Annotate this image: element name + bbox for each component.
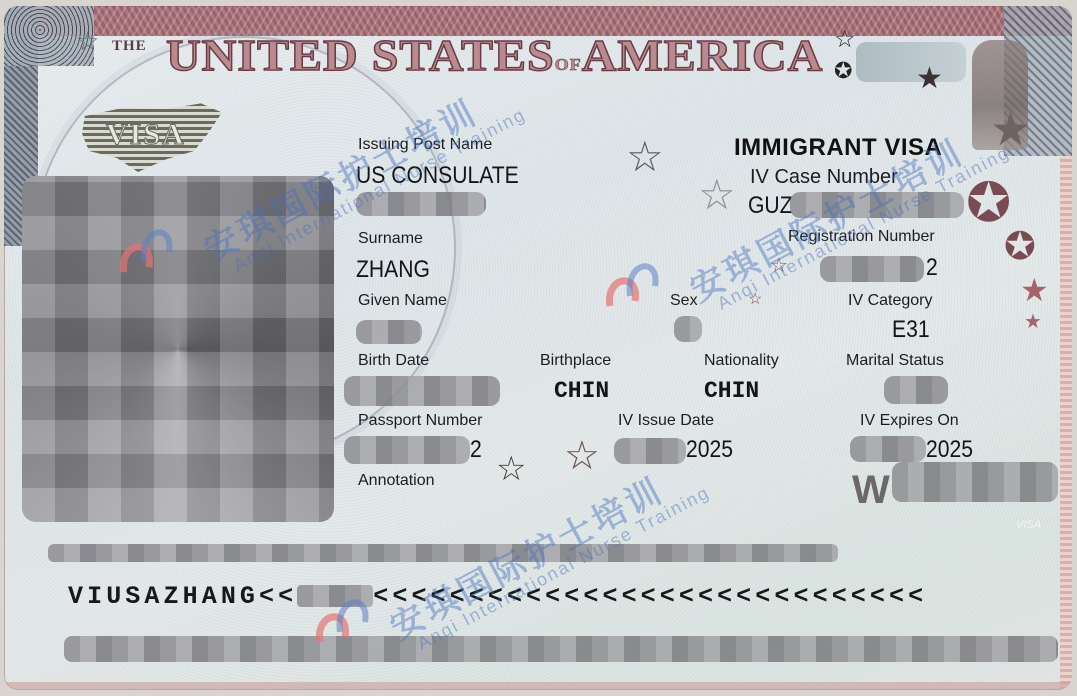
registration-number-suffix: 2 [926,254,938,282]
header-the: THE [112,38,147,55]
given-name-label: Given Name [358,292,447,310]
map-visa-label: VISA [106,118,186,152]
star-icon: ✪ [966,176,1011,230]
seal-redacted [892,462,1058,502]
star-icon: ☆ [76,28,99,54]
header-of: OF [555,55,582,73]
iv-issue-date-year: 2025 [686,436,733,464]
marital-status-label: Marital Status [846,352,944,370]
bottom-edge-border [4,682,1072,690]
visa-card: THE UNITED STATESOFAMERICA VISA ☆ ☆ ☆ ✪ … [4,6,1072,690]
iv-expires-on-year: 2025 [926,436,973,464]
header-country-b: AMERICA [582,31,824,80]
birth-date-redacted [344,376,500,406]
star-outline-icon: ☆ [626,136,664,178]
surname-value: ZHANG [356,256,430,284]
registration-number-redacted [820,256,924,282]
passport-number-label: Passport Number [358,412,483,430]
star-outline-icon: ✪ [834,60,852,82]
iv-category-value: E31 [892,316,930,344]
nationality-value: CHIN [704,378,759,404]
microprint-visa: VISA [1016,519,1041,531]
iv-issue-date-redacted [614,438,686,464]
star-outline-icon: ☆ [496,452,526,486]
mrz-line3-redacted [64,636,1058,662]
birthplace-label: Birthplace [540,352,611,370]
watermark-logo-icon [114,212,184,282]
passport-number-suffix: 2 [470,436,482,464]
hologram-patch [856,42,966,82]
iv-category-label: IV Category [848,292,932,310]
passport-number-redacted [344,436,470,464]
header-country: UNITED STATESOFAMERICA [166,34,823,78]
iv-expires-on-label: IV Expires On [860,412,959,430]
mrz-line2-prefix: VIUSAZHANG<< [68,582,297,611]
star-icon: ★ [1020,274,1049,306]
birthplace-value: CHIN [554,378,609,404]
right-edge-border [1060,156,1072,690]
iv-expires-on-redacted [850,436,926,462]
iv-issue-date-label: IV Issue Date [618,412,714,430]
given-name-redacted [356,320,422,344]
header-country-a: UNITED STATES [166,31,555,80]
birth-date-label: Birth Date [358,352,429,370]
surname-label: Surname [358,230,423,248]
star-outline-icon: ☆ [564,436,600,476]
watermark-logo-icon [310,582,380,652]
star-icon: ★ [916,64,943,94]
annotation-label: Annotation [358,472,435,490]
marital-status-redacted [884,376,948,404]
star-icon: ★ [1024,312,1042,332]
mrz-line1-redacted [48,544,838,562]
star-icon: ✪ [1004,228,1036,266]
star-outline-icon: ☆ [698,174,736,216]
watermark-logo-icon [600,246,670,316]
star-outline-icon: ☆ [834,28,856,52]
seal-initial: W [852,468,890,513]
sex-redacted [674,316,702,342]
nationality-label: Nationality [704,352,779,370]
